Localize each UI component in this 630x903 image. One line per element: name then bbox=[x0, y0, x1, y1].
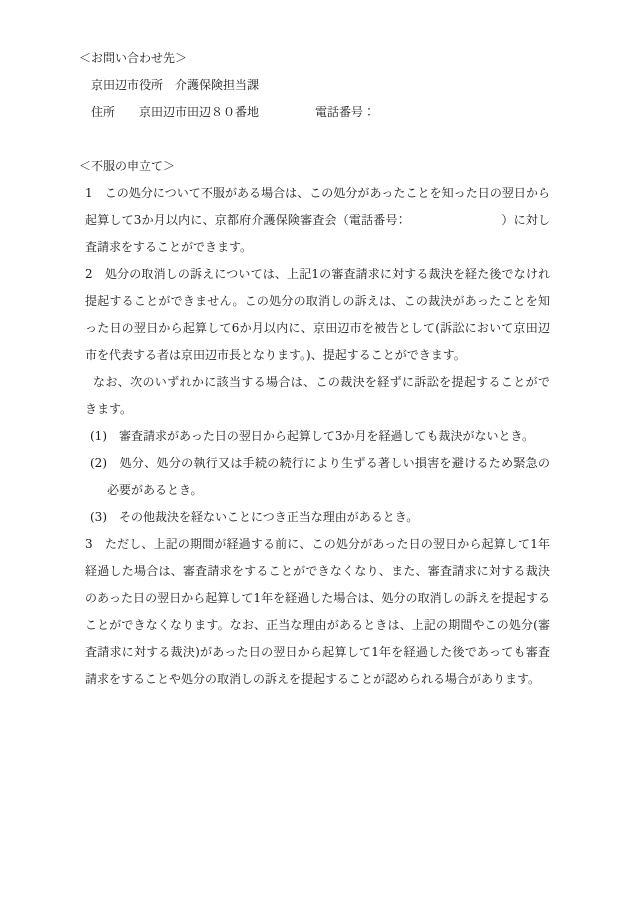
contact-office-line: 京田辺市役所 介護保険担当課 bbox=[91, 72, 550, 99]
appeal-heading: ＜不服の申立て＞ bbox=[79, 153, 550, 180]
appeal-item3-line: 査請求に対する裁決)があった日の翌日から起算して1年を経過した後であっても審査 bbox=[85, 639, 550, 666]
appeal-item3-line: ことができなくなります。なお、正当な理由があるときは、上記の期間やこの処分(審 bbox=[85, 612, 550, 639]
appeal-item1-line: 査請求をすることができます。 bbox=[85, 234, 550, 261]
appeal-subitem3-line: (3) その他裁決を経ないことにつき正当な理由があるとき。 bbox=[90, 504, 550, 531]
appeal-item2-line: 2 処分の取消しの訴えについては、上記1の審査請求に対する裁決を経た後でなければ bbox=[85, 261, 550, 288]
appeal-item3-line: 経過した場合は、審査請求をすることができなくなり、また、審査請求に対する裁決 bbox=[85, 558, 550, 585]
appeal-item3-line: 3 ただし、上記の期間が経過する前に、この処分があった日の翌日から起算して1年を bbox=[85, 531, 550, 558]
appeal-item1-line: 1 この処分について不服がある場合は、この処分があったことを知った日の翌日から bbox=[85, 180, 550, 207]
document-page: ＜お問い合わせ先＞ 京田辺市役所 介護保険担当課 住所 京田辺市田辺８０番地 電… bbox=[0, 0, 630, 903]
appeal-subitem2-line: (2) 処分、処分の執行又は手続の続行により生ずる著しい損害を避けるため緊急の bbox=[90, 450, 550, 477]
contact-address-line: 住所 京田辺市田辺８０番地 電話番号： bbox=[79, 99, 550, 126]
appeal-item2-line: 提起することができません。この処分の取消しの訴えは、この裁決があったことを知 bbox=[85, 288, 550, 315]
address-label: 住所 bbox=[91, 99, 115, 126]
appeal-item3-line: 請求をすることや処分の取消しの訴えを提起することが認められる場合があります。 bbox=[85, 666, 550, 693]
appeal-item3-line: のあった日の翌日から起算して1年を経過した場合は、処分の取消しの訴えを提起する bbox=[85, 585, 550, 612]
appeal-item2-note-line: きます。 bbox=[85, 396, 550, 423]
section-spacer bbox=[79, 126, 550, 153]
appeal-subitem2-line: 必要があるとき。 bbox=[107, 477, 550, 504]
appeal-item2-line: 市を代表する者は京田辺市長となります。)、提起することができます。 bbox=[85, 342, 550, 369]
appeal-item2-note-line: なお、次のいずれかに該当する場合は、この裁決を経ずに訴訟を提起することがで bbox=[93, 369, 550, 396]
appeal-item2-line: った日の翌日から起算して6か月以内に、京田辺市を被告として(訴訟において京田辺 bbox=[85, 315, 550, 342]
address-value: 京田辺市田辺８０番地 bbox=[139, 99, 259, 126]
phone-label: 電話番号： bbox=[315, 99, 375, 126]
contact-heading: ＜お問い合わせ先＞ bbox=[79, 45, 550, 72]
appeal-item1-line: 起算して3か月以内に、京都府介護保険審査会（電話番号： ）に対して審 bbox=[85, 207, 550, 234]
appeal-subitem1-line: (1) 審査請求があった日の翌日から起算して3か月を経過しても裁決がないとき。 bbox=[90, 423, 550, 450]
document-content: ＜お問い合わせ先＞ 京田辺市役所 介護保険担当課 住所 京田辺市田辺８０番地 電… bbox=[79, 45, 550, 693]
